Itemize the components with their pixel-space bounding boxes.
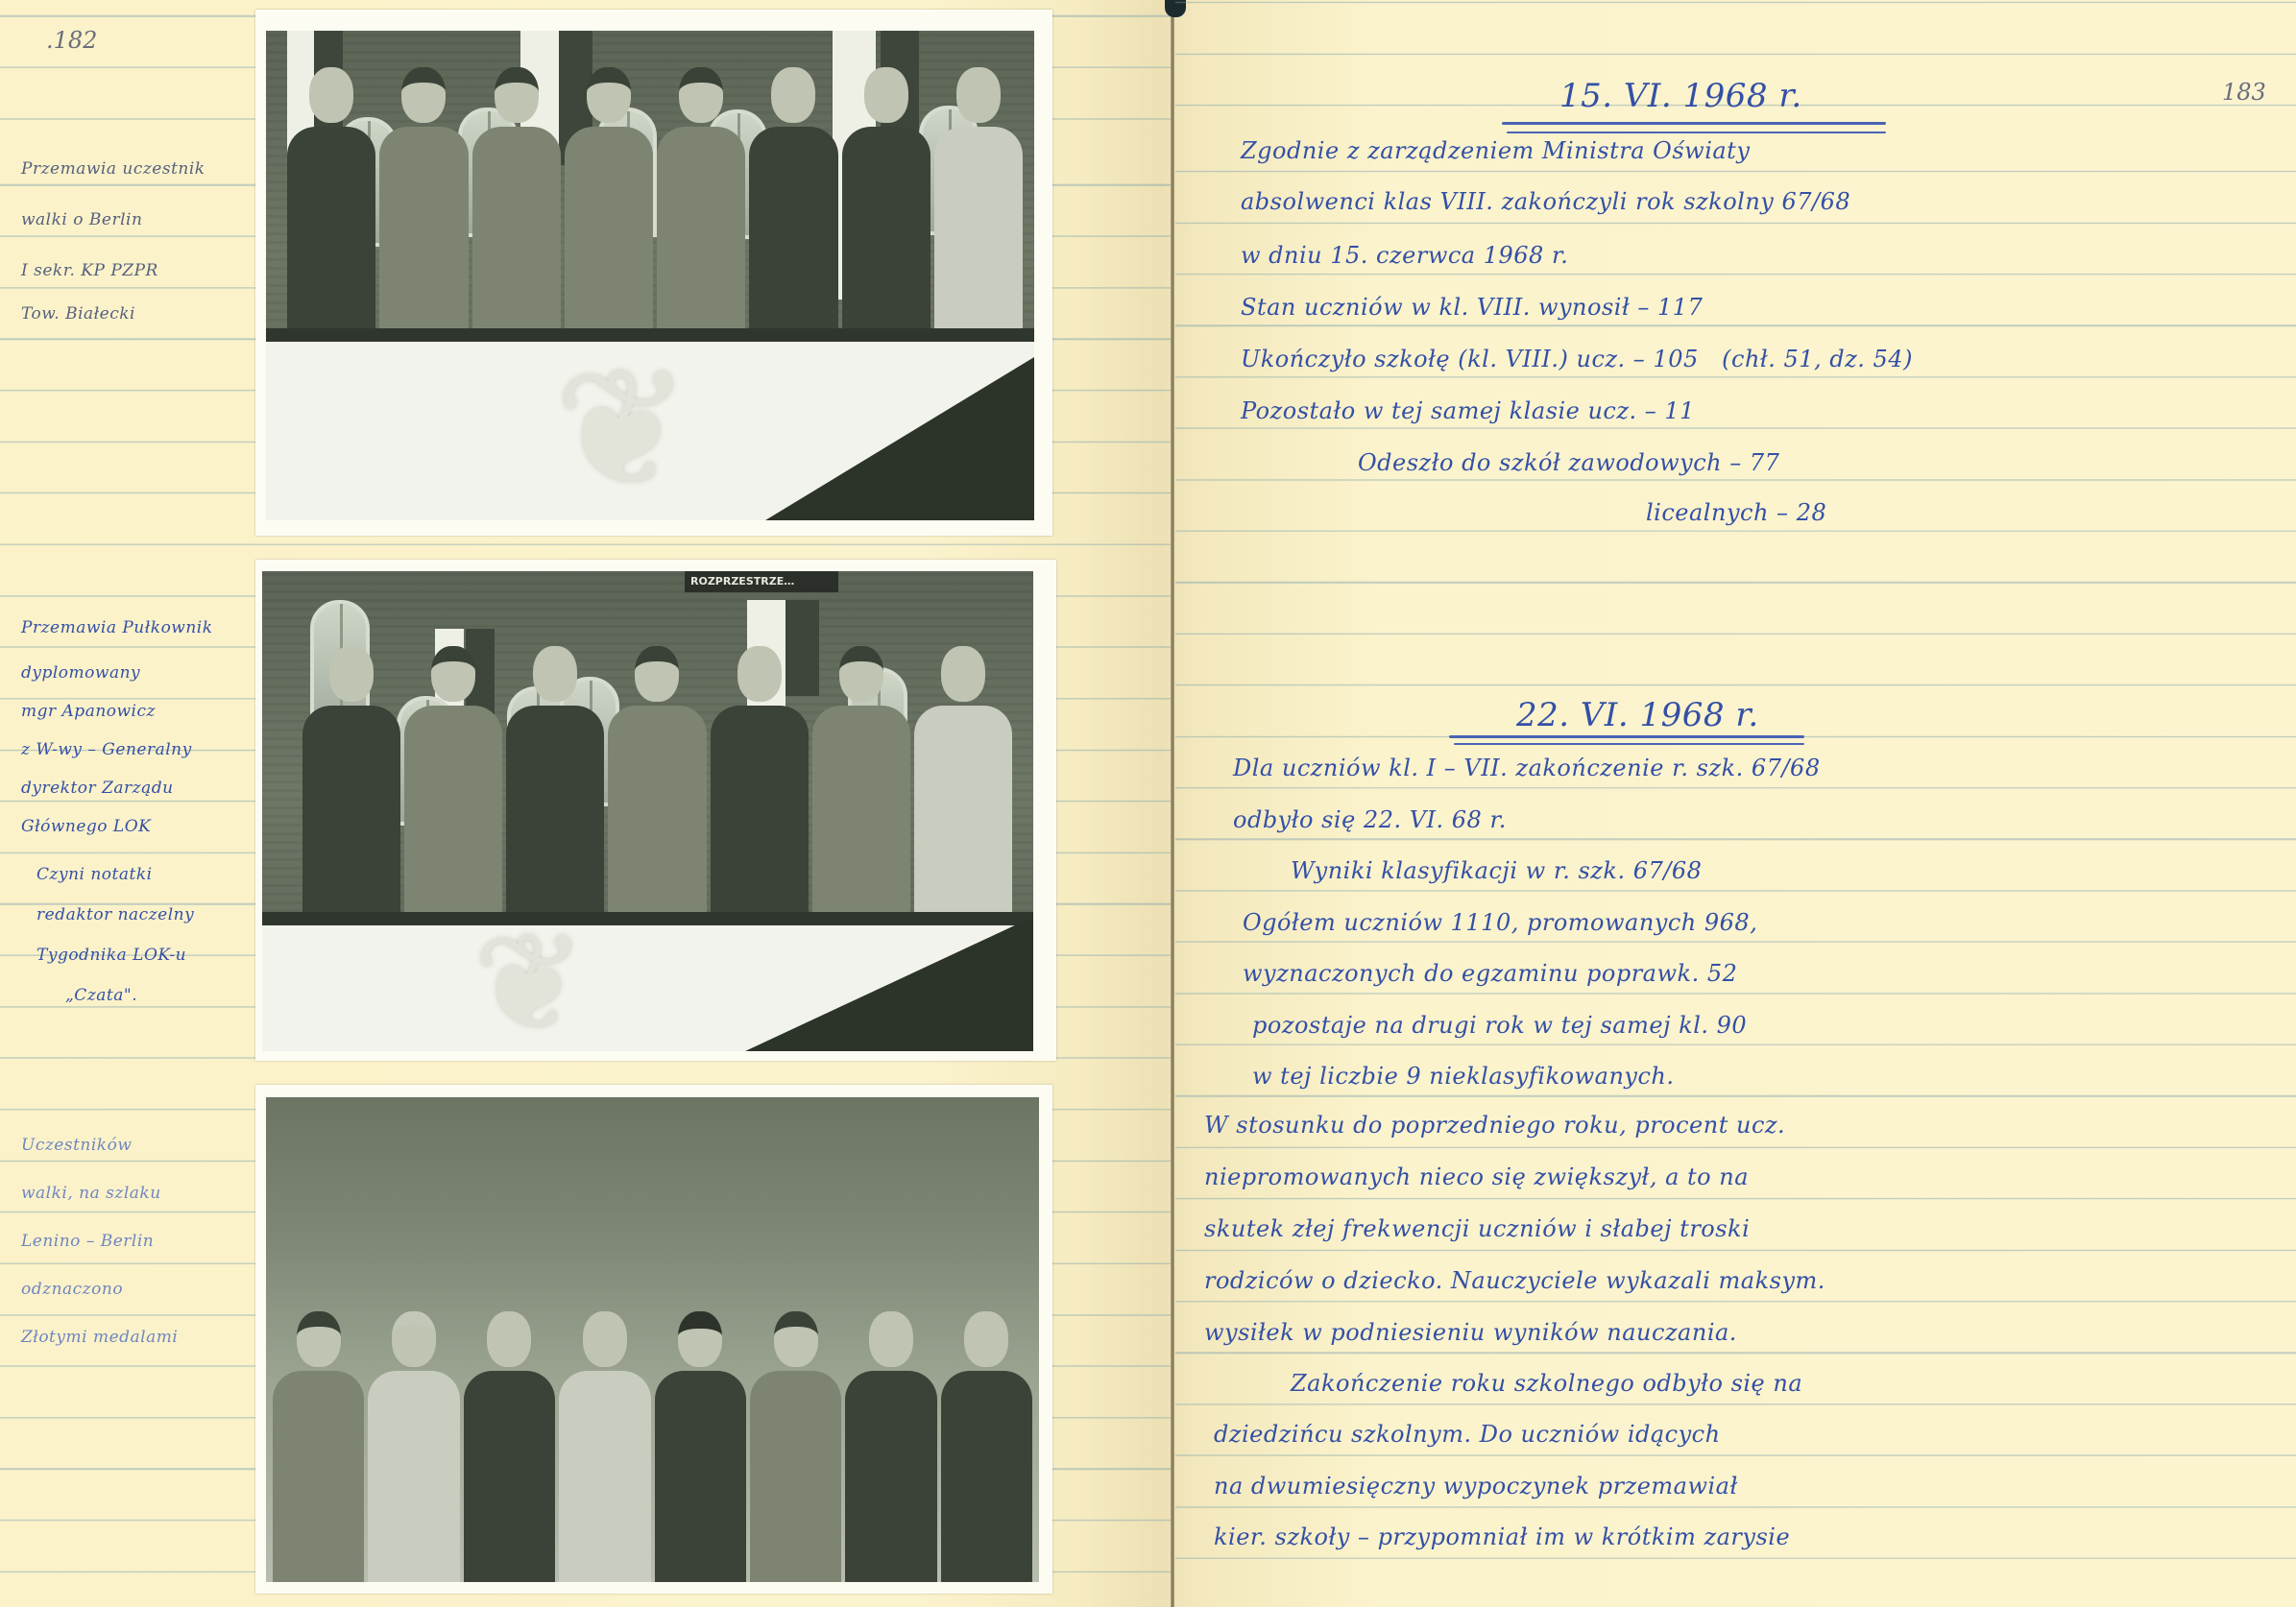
entry-text-line: wyznaczonych do egzaminu poprawk. 52: [1243, 960, 1737, 987]
stat-value: 117: [1657, 294, 1703, 321]
entry-text-line: rodziców o dziecko. Nauczyciele wykazali…: [1204, 1267, 1825, 1294]
stat-value: 77: [1750, 449, 1780, 476]
caption-line: odznaczono: [21, 1265, 252, 1313]
eagle-emblem-icon: ❦: [554, 348, 690, 511]
caption-line: Złotymi medalami: [21, 1313, 252, 1361]
entry-text-line: w tej liczbie 9 nieklasyfikowanych.: [1252, 1063, 1674, 1090]
stat-row: Ukończyło szkołę (kl. VIII.) ucz. – 105 …: [1241, 346, 1913, 372]
caption-line: Uczestników: [21, 1121, 252, 1169]
people-group: [262, 706, 1033, 917]
stat-label: licealnych: [1646, 499, 1769, 526]
photo-1-image: ❦: [266, 31, 1034, 520]
stat-label: Odeszło do szkół zawodowych: [1358, 449, 1722, 476]
caption-line: Tygodnika LOK-u: [36, 935, 267, 975]
entry-text-line: wysiłek w podniesieniu wyników nauczania…: [1204, 1319, 1737, 1346]
entry-text-line: Wyniki klasyfikacji w r. szk. 67/68: [1291, 857, 1702, 884]
caption-photo-3: Uczestników walki, na szlaku Lenino – Be…: [21, 1121, 252, 1361]
stat-value: 11: [1664, 397, 1695, 424]
caption-line: walki, na szlaku: [21, 1169, 252, 1217]
podium: ❦: [266, 328, 1034, 520]
caption-line: redaktor naczelny: [36, 895, 267, 935]
stat-label: Stan uczniów w kl. VIII. wynosił: [1241, 294, 1630, 321]
book-spread: .182 Przemawia uczestnik walki o Berlin …: [0, 0, 2296, 1607]
people-group: [266, 1121, 1039, 1582]
caption-line: dyrektor Zarządu: [21, 769, 252, 807]
entry-text-line: kier. szkoły – przypomniał im w krótkim …: [1214, 1523, 1790, 1550]
page-number-right: 183: [2222, 79, 2266, 106]
eagle-emblem-icon: ❦: [473, 917, 586, 1051]
caption-line: Przemawia Pułkownik: [21, 603, 252, 654]
entry-text-line: w dniu 15. czerwca 1968 r.: [1241, 242, 1568, 269]
entry-text-line: Zakończenie roku szkolnego odbyło się na: [1291, 1370, 1802, 1397]
entry-text-line: dziedzińcu szkolnym. Do uczniów idących: [1214, 1421, 1721, 1448]
stat-value: 28: [1797, 499, 1827, 526]
entry-text-line: W stosunku do poprzedniego roku, procent…: [1204, 1112, 1785, 1139]
stat-row: Odeszło do szkół zawodowych – 77: [1358, 449, 1779, 476]
stat-row: Pozostało w tej samej klasie ucz. – 11: [1241, 397, 1695, 424]
right-page: 183 15. VI. 1968 r. Zgodnie z zarządzeni…: [1175, 0, 2296, 1607]
caption-line: mgr Apanowicz: [21, 692, 252, 731]
entry-text-line: absolwenci klas VIII. zakończyli rok szk…: [1241, 188, 1850, 215]
entry-text-line: Dla uczniów kl. I – VII. zakończenie r. …: [1233, 755, 1821, 781]
banner: ROZPRZESTRZE…: [685, 571, 838, 592]
caption-line: Lenino – Berlin: [21, 1217, 252, 1265]
caption-line: walki o Berlin: [21, 195, 252, 246]
caption-line: Czyni notatki: [36, 854, 267, 895]
caption-photo-1: Przemawia uczestnik walki o Berlin I sek…: [21, 144, 252, 340]
book-gutter: [1171, 0, 1174, 1607]
caption-line: z W-wy – Generalny: [21, 731, 252, 769]
entry-date-heading: 15. VI. 1968 r.: [1559, 77, 1802, 115]
stat-label: Pozostało w tej samej klasie ucz.: [1241, 397, 1637, 424]
stat-row: licealnych – 28: [1646, 499, 1826, 526]
photo-2: ROZPRZESTRZE…: [255, 560, 1056, 1061]
podium: ❦: [262, 912, 1033, 1051]
caption-photo-2: Przemawia Pułkownik dyplomowany mgr Apan…: [21, 603, 252, 846]
stat-label: Ukończyło szkołę (kl. VIII.) ucz.: [1241, 346, 1626, 372]
entry-text-line: skutek złej frekwencji uczniów i słabej …: [1204, 1215, 1750, 1242]
entry-text-line: niepromowanych nieco się zwiększył, a to…: [1204, 1163, 1749, 1190]
photo-3: [255, 1085, 1052, 1594]
caption-line: „Czata".: [36, 975, 267, 1016]
people-group: [266, 127, 1034, 338]
photo-3-image: [266, 1097, 1039, 1582]
caption-line: Przemawia uczestnik: [21, 144, 252, 195]
photo-2-image: ROZPRZESTRZE…: [262, 571, 1033, 1051]
stat-value: 105: [1653, 346, 1698, 372]
entry-text-line: odbyło się 22. VI. 68 r.: [1233, 806, 1507, 833]
stat-row: Stan uczniów w kl. VIII. wynosił – 117: [1241, 294, 1703, 321]
caption-photo-2-note: Czyni notatki redaktor naczelny Tygodnik…: [36, 854, 267, 1016]
page-number-left: .182: [46, 27, 97, 54]
caption-line: dyplomowany: [21, 654, 252, 692]
entry-text-line: na dwumiesięczny wypoczynek przemawiał: [1214, 1473, 1738, 1499]
entry-text-line: Ogółem uczniów 1110, promowanych 968,: [1243, 909, 1757, 936]
entry-text-line: pozostaje na drugi rok w tej samej kl. 9…: [1252, 1012, 1747, 1039]
left-page: .182 Przemawia uczestnik walki o Berlin …: [0, 0, 1173, 1607]
stat-note: (chł. 51, dz. 54): [1722, 346, 1913, 372]
entry-date-heading: 22. VI. 1968 r.: [1516, 696, 1759, 734]
caption-line: Głównego LOK: [21, 807, 252, 846]
photo-1: ❦: [255, 10, 1052, 536]
entry-text-line: Zgodnie z zarządzeniem Ministra Oświaty: [1241, 137, 1750, 164]
